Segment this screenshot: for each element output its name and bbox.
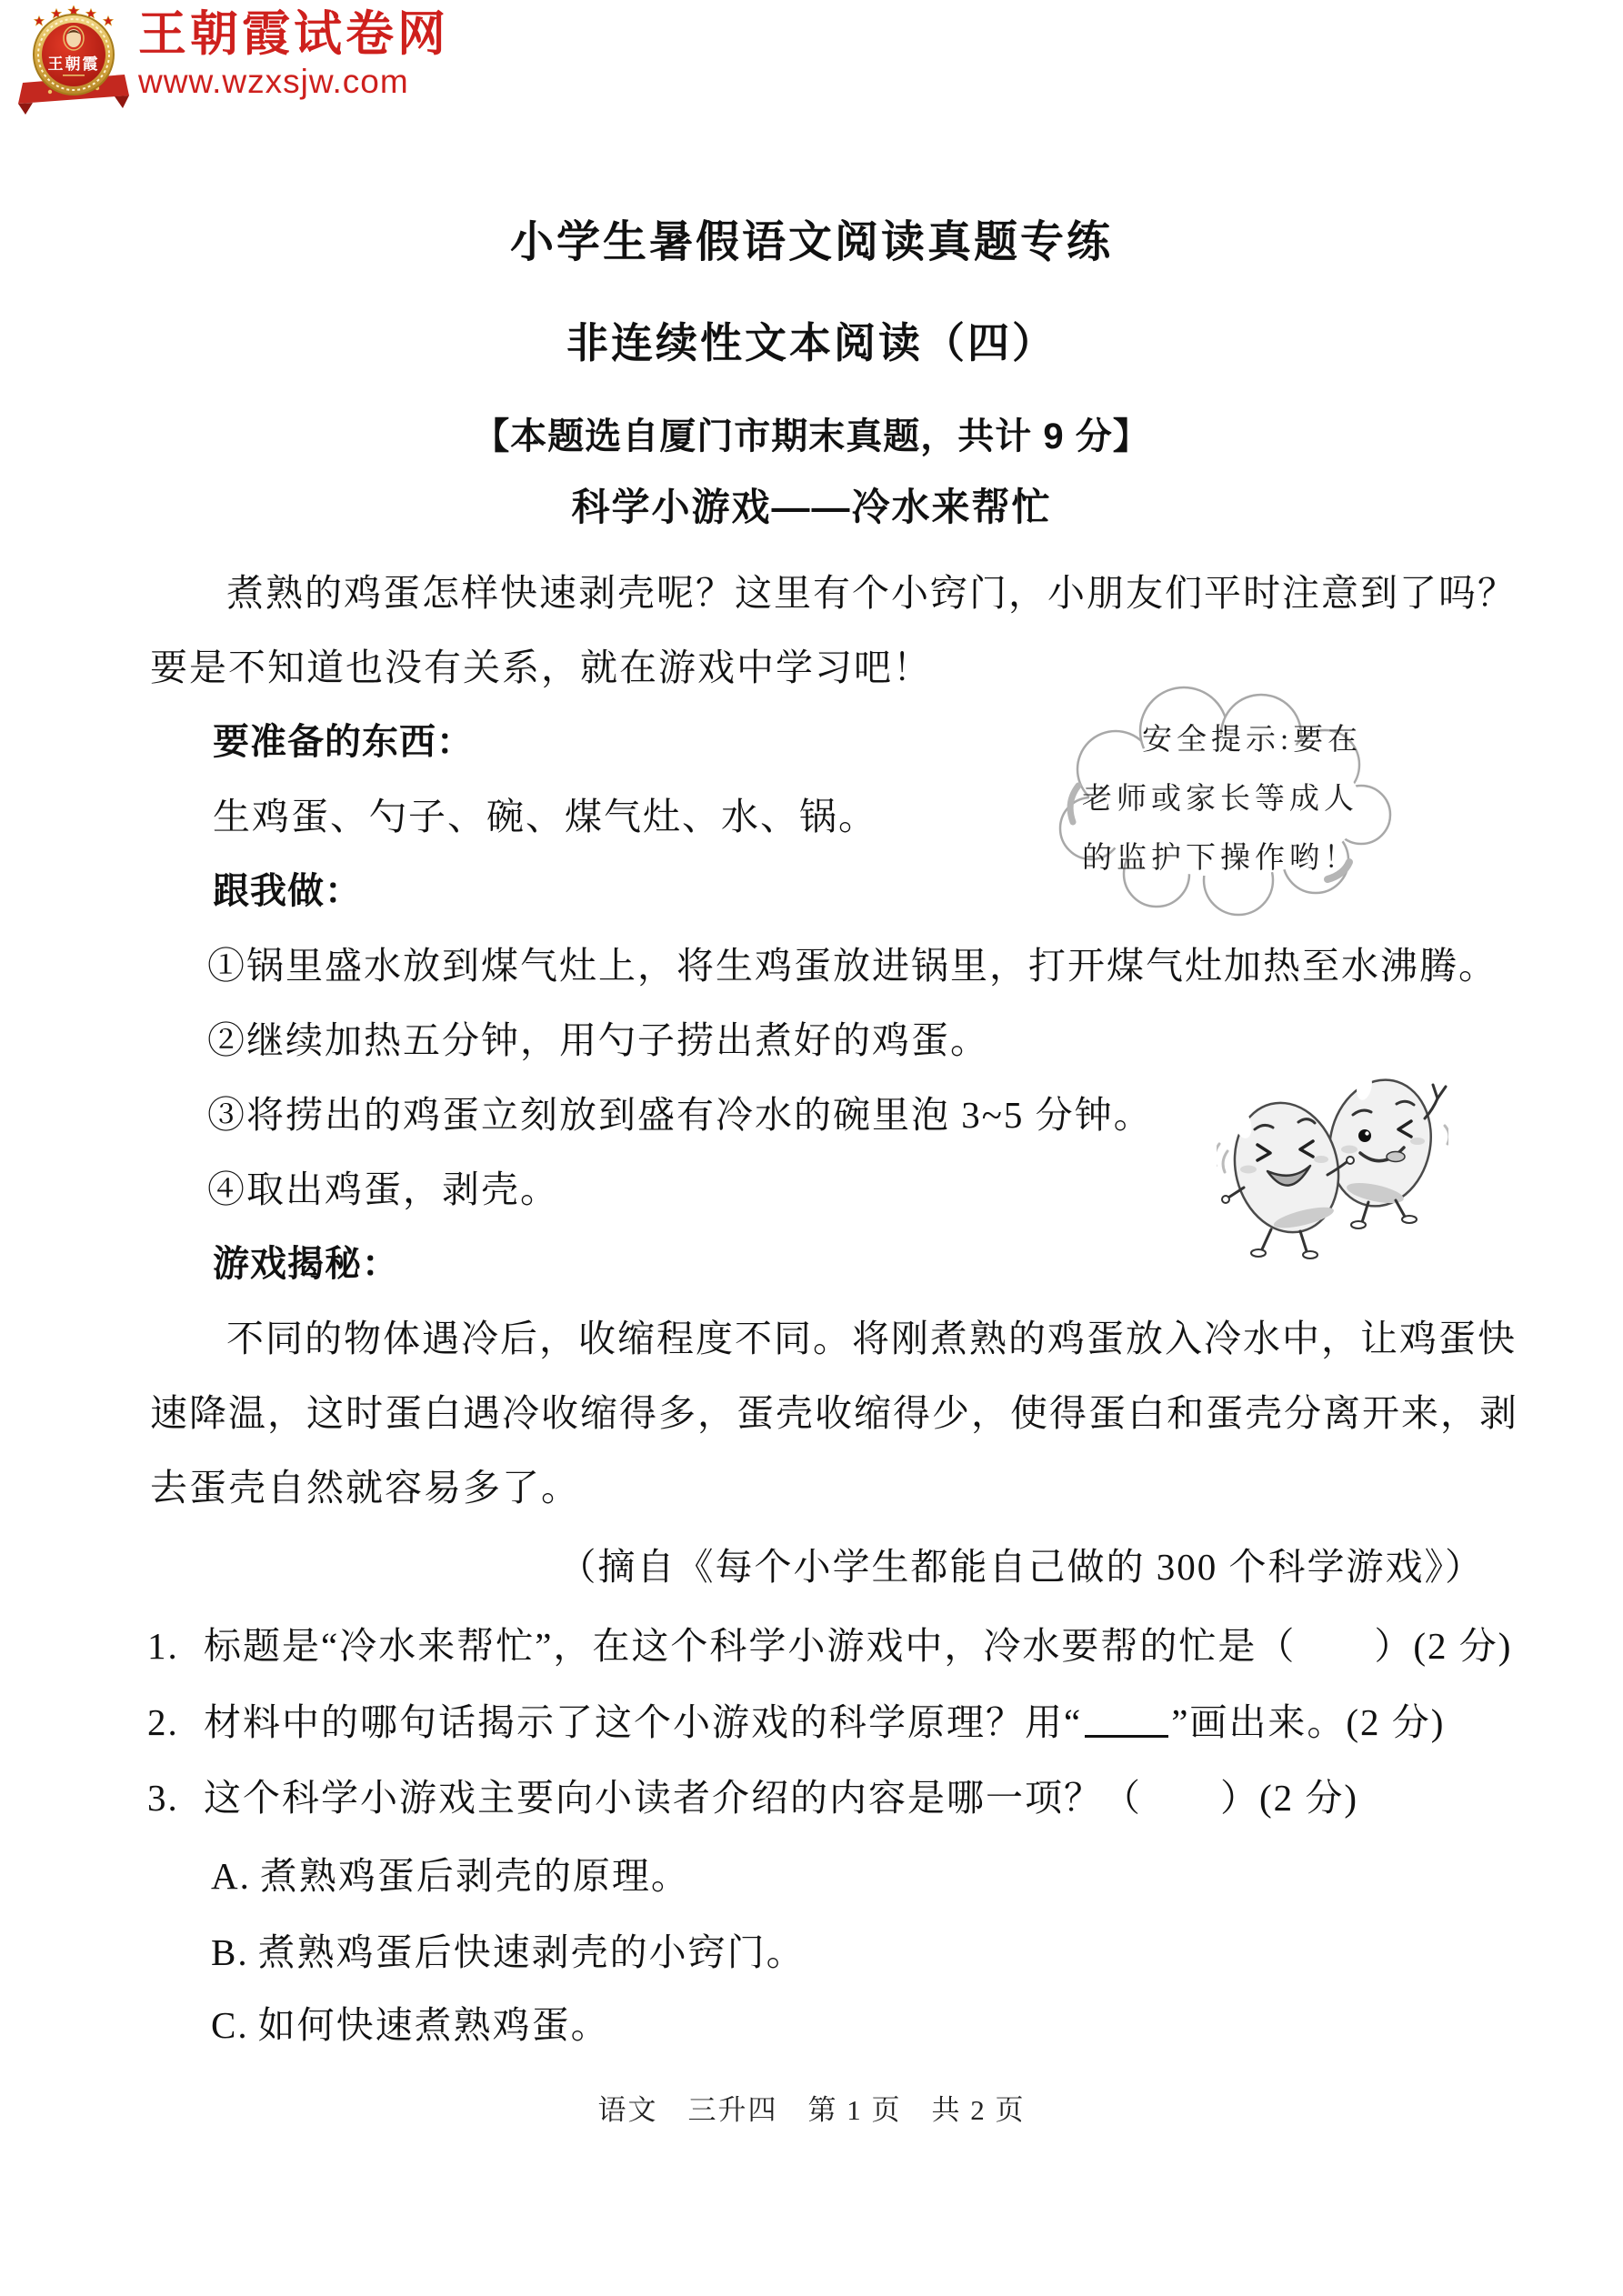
option-c-text: 如何快速煮熟鸡蛋。 [258, 1988, 610, 2062]
question-3: 3. 这个科学小游戏主要向小读者介绍的内容是哪一项？（ ）(2 分) [147, 1760, 1511, 1835]
question-1-number: 1. [147, 1609, 204, 1683]
option-a: A. 煮熟鸡蛋后剥壳的原理。 [211, 1839, 690, 1913]
doc-title: 小学生暑假语文阅读真题专练 [0, 215, 1623, 271]
step-2: ②继续加热五分钟，用勺子捞出煮好的鸡蛋。 [207, 1003, 989, 1078]
step-3: ③将捞出的鸡蛋立刻放到盛有冷水的碗里泡 3~5 分钟。 [207, 1078, 1153, 1152]
intro-line-1: 煮熟的鸡蛋怎样快速剥壳呢？这里有个小窍门，小朋友们平时注意到了吗？ [226, 556, 1517, 630]
option-b: B. 煮熟鸡蛋后快速剥壳的小窍门。 [211, 1915, 806, 1990]
cartoon-eggs-illustration [1217, 1066, 1448, 1279]
citation: （摘自《每个小学生都能自己做的 300 个科学游戏》） [150, 1529, 1498, 1604]
secret-line-2: 速降温，这时蛋白遇冷收缩得多，蛋壳收缩得少，使得蛋白和蛋壳分离开来，剥 [150, 1376, 1518, 1450]
option-b-label: B. [211, 1915, 249, 1990]
source-note: 【本题选自厦门市期末真题，共计 9 分】 [0, 408, 1623, 465]
prep-heading: 要准备的东西： [213, 705, 474, 779]
brand-name: 王朝霞试卷网 [138, 7, 449, 62]
passage-title: 科学小游戏——冷水来帮忙 [0, 479, 1623, 536]
safety-tip-line-2: 老师或家长等成人 [1082, 770, 1382, 829]
brand-url: www.wzxsjw.com [138, 62, 449, 102]
question-2: 2. 材料中的哪句话揭示了这个小游戏的科学原理？用“”画出来。(2 分) [147, 1685, 1511, 1760]
brand-badge-icon: 王朝霞 [18, 5, 129, 118]
worksheet-page: 王朝霞 王朝霞试卷网 www.wzxsjw.com 小学生暑假语文阅读真题专练 … [0, 0, 1623, 2296]
safety-tip-line-1: 安全提示:要在 [1082, 711, 1382, 770]
secret-heading: 游戏揭秘： [213, 1227, 399, 1301]
badge-name-text: 王朝霞 [48, 55, 100, 73]
option-c-label: C. [211, 1988, 249, 2062]
question-2-text-before: 材料中的哪句话揭示了这个小游戏的科学原理？用“ [204, 1701, 1082, 1743]
question-1-text: 标题是“冷水来帮忙”，在这个科学小游戏中，冷水要帮的忙是（ ）(2 分) [204, 1609, 1512, 1683]
step-1: ①锅里盛水放到煤气灶上，将生鸡蛋放进锅里，打开煤气灶加热至水沸腾。 [207, 928, 1498, 1003]
secret-line-1: 不同的物体遇冷后，收缩程度不同。将刚煮熟的鸡蛋放入冷水中，让鸡蛋快 [226, 1301, 1517, 1376]
site-logo: 王朝霞 王朝霞试卷网 www.wzxsjw.com [18, 5, 449, 118]
steps-heading: 跟我做： [213, 854, 362, 928]
question-3-number: 3. [147, 1760, 204, 1835]
option-a-label: A. [211, 1839, 251, 1913]
page-footer: 语文 三升四 第 1 页 共 2 页 [0, 2082, 1623, 2139]
answer-blank [1085, 1735, 1168, 1738]
question-3-text: 这个科学小游戏主要向小读者介绍的内容是哪一项？（ ）(2 分) [204, 1760, 1358, 1835]
safety-tip-line-3: 的监护下操作哟！ [1082, 829, 1382, 888]
doc-subtitle: 非连续性文本阅读（四） [0, 315, 1623, 371]
question-2-number: 2. [147, 1685, 204, 1760]
prep-items: 生鸡蛋、勺子、碗、煤气灶、水、锅。 [213, 779, 877, 854]
option-b-text: 煮熟鸡蛋后快速剥壳的小窍门。 [258, 1915, 806, 1990]
question-1: 1. 标题是“冷水来帮忙”，在这个科学小游戏中，冷水要帮的忙是（ ）(2 分) [147, 1609, 1511, 1683]
intro-line-2: 要是不知道也没有关系，就在游戏中学习吧！ [150, 630, 932, 705]
secret-line-3: 去蛋壳自然就容易多了。 [150, 1450, 580, 1525]
option-c: C. 如何快速煮熟鸡蛋。 [211, 1988, 610, 2062]
question-2-text: 材料中的哪句话揭示了这个小游戏的科学原理？用“”画出来。(2 分) [204, 1685, 1445, 1760]
step-4: ④取出鸡蛋，剥壳。 [207, 1152, 559, 1227]
safety-tip-bubble: 安全提示:要在 老师或家长等成人 的监护下操作哟！ [1047, 678, 1411, 919]
option-a-text: 煮熟鸡蛋后剥壳的原理。 [260, 1839, 690, 1913]
eggs-icon [1217, 1066, 1448, 1279]
question-2-text-after: ”画出来。(2 分) [1171, 1701, 1445, 1743]
